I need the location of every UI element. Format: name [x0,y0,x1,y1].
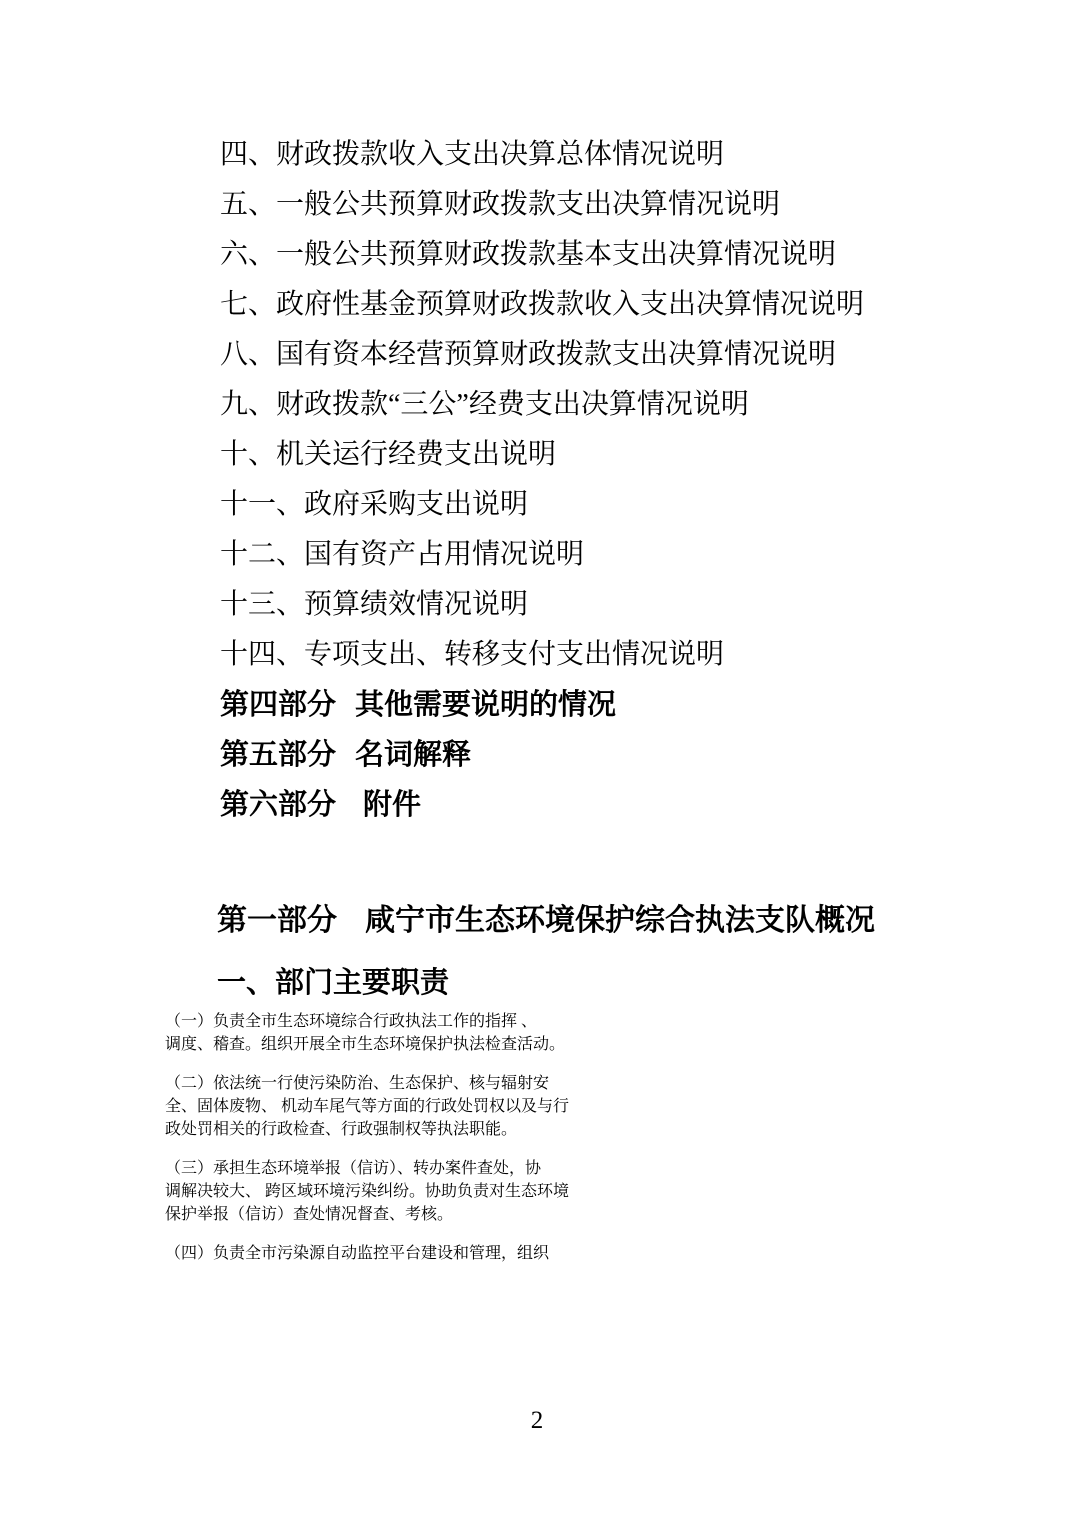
toc-item: 五、一般公共预算财政拨款支出决算情况说明 [165,180,913,230]
toc-part-heading-5: 第五部分名词解释 [165,730,913,780]
toc-item: 十、机关运行经费支出说明 [165,430,913,480]
toc-item: 九、财政拨款“三公”经费支出决算情况说明 [165,380,913,430]
paragraph-line: 调度、稽查。组织开展全市生态环境保护执法检查活动。 [165,1031,913,1054]
body-text: （一）负责全市生态环境综合行政执法工作的指挥 、 调度、稽查。组织开展全市生态环… [165,1008,913,1263]
part-label: 第五部分 [220,739,336,771]
toc-item: 八、国有资本经营预算财政拨款支出决算情况说明 [165,330,913,380]
paragraph-line: 调解决较大、 跨区域环境污染纠纷。协助负责对生态环境 [165,1178,913,1201]
document-page: 四、财政拨款收入支出决算总体情况说明 五、一般公共预算财政拨款支出决算情况说明 … [0,0,1074,1520]
paragraph-line: （一）负责全市生态环境综合行政执法工作的指挥 、 [165,1008,913,1031]
paragraph-line: （二）依法统一行使污染防治、生态保护、核与辐射安 [165,1070,913,1093]
section-title: 第一部分咸宁市生态环境保护综合执法支队概况 [165,896,913,946]
toc-part-heading-4: 第四部分其他需要说明的情况 [165,680,913,730]
part-title: 名词解释 [355,739,471,771]
part-label: 第六部分 [220,789,336,821]
paragraph-line: 保护举报（信访）查处情况督查、考核。 [165,1201,913,1224]
page-number: 2 [0,1404,1074,1437]
paragraph-line: 全、固体废物、 机动车尾气等方面的行政处罚权以及与行 [165,1093,913,1116]
page-content: 四、财政拨款收入支出决算总体情况说明 五、一般公共预算财政拨款支出决算情况说明 … [165,130,913,1279]
toc-item: 七、政府性基金预算财政拨款收入支出决算情况说明 [165,280,913,330]
part-label: 第四部分 [220,689,336,721]
toc-item: 十二、国有资产占用情况说明 [165,530,913,580]
toc-item: 四、财政拨款收入支出决算总体情况说明 [165,130,913,180]
section-label: 第一部分 [217,904,337,937]
paragraph-line: 政处罚相关的行政检查、行政强制权等执法职能。 [165,1116,913,1139]
toc-item: 十三、预算绩效情况说明 [165,580,913,630]
toc-item: 六、一般公共预算财政拨款基本支出决算情况说明 [165,230,913,280]
part-title: 附件 [363,789,421,821]
paragraph-line: （三）承担生态环境举报（信访）、转办案件查处，协 [165,1155,913,1178]
toc-item: 十一、政府采购支出说明 [165,480,913,530]
toc-part-heading-6: 第六部分附件 [165,780,913,830]
section-subtitle: 一、部门主要职责 [165,958,913,1008]
section-title-text: 咸宁市生态环境保护综合执法支队概况 [365,904,875,937]
paragraph-line: （四）负责全市污染源自动监控平台建设和管理，组织 [165,1240,913,1263]
toc-item: 十四、专项支出、转移支付支出情况说明 [165,630,913,680]
part-title: 其他需要说明的情况 [355,689,616,721]
